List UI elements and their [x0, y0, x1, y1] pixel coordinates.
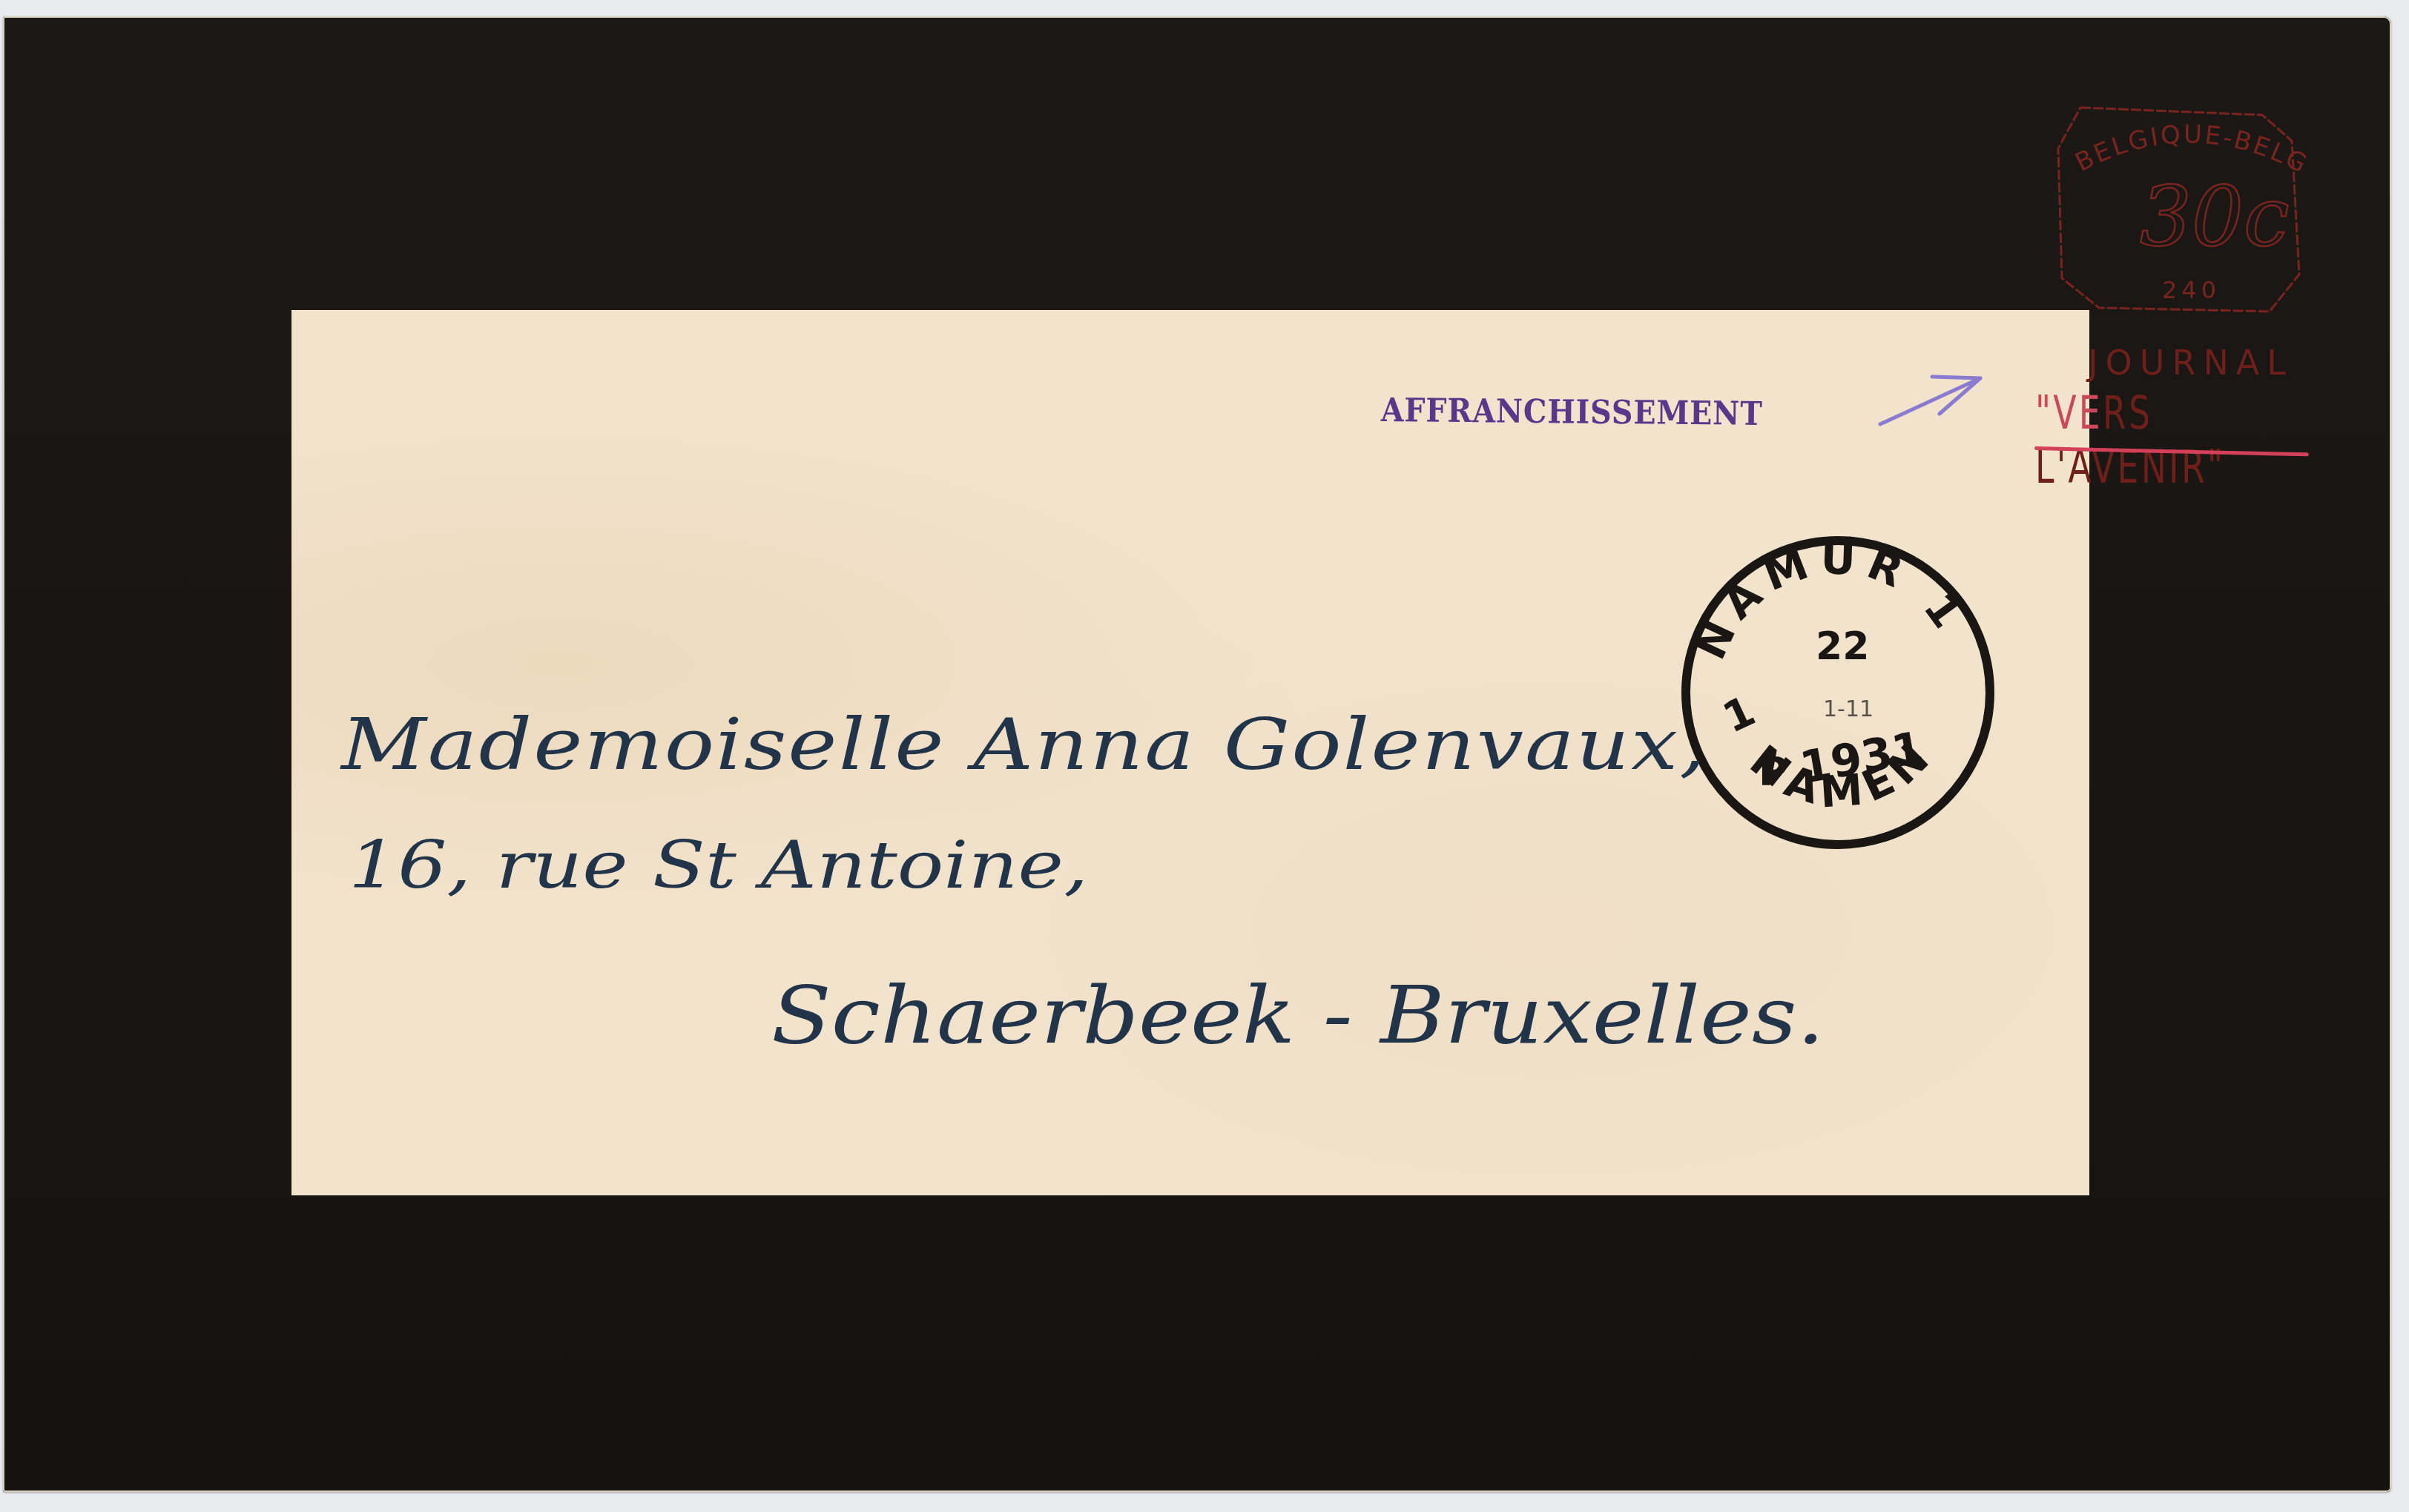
meter-frame-icon: BELGIQUE-BELGIË 30c 240: [2047, 104, 2329, 326]
postage-meter-stamp: BELGIQUE-BELGIË 30c 240: [2047, 104, 2329, 326]
arrow-icon: [1876, 371, 1988, 430]
meter-number-text: 240: [2162, 276, 2221, 304]
address-recipient-line: Mademoiselle Anna Golenvaux,: [341, 704, 1707, 787]
postmark-left-mark: 1: [1716, 687, 1762, 742]
postmark-time: 1-11: [1823, 696, 1874, 722]
meter-journal-text: JOURNAL: [2088, 343, 2293, 383]
postmark-day: 22: [1816, 624, 1869, 669]
address-street-line: 16, rue St Antoine,: [349, 826, 1088, 903]
address-city-line: Schaerbeek - Bruxelles.: [771, 969, 1825, 1061]
namur-postmark: NAMUR 1 NAMEN 1 1 P 22 1-11 1931: [1664, 522, 2012, 863]
meter-newspaper-name: "VERS L'AVENIR": [2035, 386, 2342, 494]
postmark-letter: P: [1759, 748, 1788, 795]
meter-value-text: 30c: [2140, 169, 2290, 264]
meter-newspaper-name-part1: "VE: [2035, 386, 2103, 440]
postmark-circle-icon: NAMUR 1 NAMEN 1 1 P 22 1-11 1931: [1664, 522, 2012, 863]
affranchissement-stamp: AFFRANCHISSEMENT: [1381, 392, 1763, 433]
